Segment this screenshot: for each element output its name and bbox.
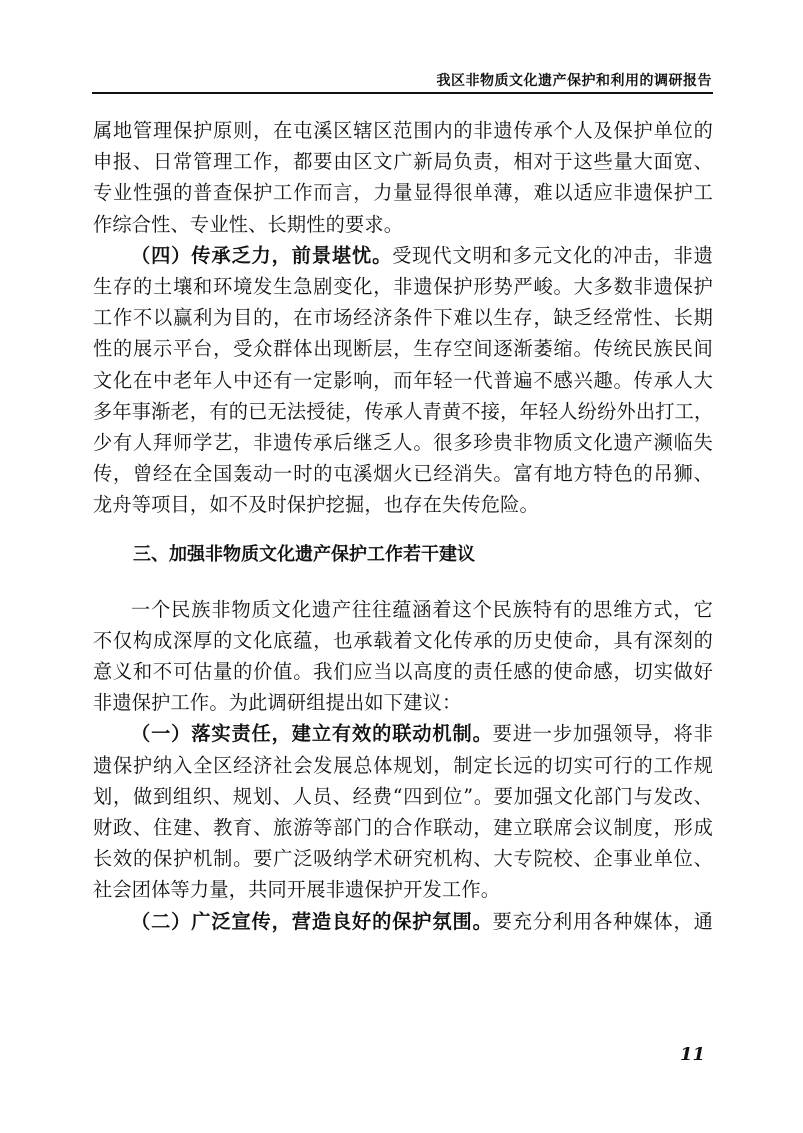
text-line: 遗保护纳入全区经济社会发展总体规划，制定长远的切实可行的工作规 xyxy=(93,750,713,781)
page-number: 11 xyxy=(680,1044,705,1065)
text-line: 申报、日常管理工作，都要由区文广新局负责，相对于这些量大面宽、 xyxy=(93,146,713,177)
text-line: 龙舟等项目，如不及时保护挖掘，也存在失传危险。 xyxy=(93,489,713,520)
text-line: 意义和不可估量的价值。我们应当以高度的责任感的使命感，切实做好 xyxy=(93,656,713,687)
text-line: 生存的土壤和环境发生急剧变化，非遗保护形势严峻。大多数非遗保护 xyxy=(93,271,713,302)
spacer xyxy=(93,571,713,594)
text-line: 社会团体等力量，共同开展非遗保护开发工作。 xyxy=(93,874,713,905)
bold-subheading: （一）落实责任，建立有效的联动机制。 xyxy=(131,722,493,745)
bold-subheading: （四）传承乏力，前景堪忧。 xyxy=(131,244,392,267)
text-line: 一个民族非物质文化遗产往往蕴涵着这个民族特有的思维方式，它 xyxy=(93,594,713,625)
paragraph-lead-line: （一）落实责任，建立有效的联动机制。要进一步加强领导，将非 xyxy=(93,718,713,749)
text-line: 划，做到组织、规划、人员、经费“四到位”。要加强文化部门与发改、 xyxy=(93,781,713,812)
text-line: 长效的保护机制。要广泛吸纳学术研究机构、大专院校、企事业单位、 xyxy=(93,843,713,874)
text-span: 受现代文明和多元文化的冲击，非遗 xyxy=(392,244,713,267)
section-heading: 三、加强非物质文化遗产保护工作若干建议 xyxy=(93,539,713,570)
paragraph-lead-line: （二）广泛宣传，营造良好的保护氛围。要充分利用各种媒体，通 xyxy=(93,906,713,937)
body-text: 属地管理保护原则，在屯溪区辖区范围内的非遗传承个人及保护单位的 申报、日常管理工… xyxy=(93,115,713,937)
header-rule xyxy=(92,92,713,94)
spacer xyxy=(93,520,713,539)
text-span: 要进一步加强领导，将非 xyxy=(493,722,713,745)
text-line: 工作不以赢利为目的，在市场经济条件下难以生存，缺乏经常性、长期 xyxy=(93,302,713,333)
text-line: 作综合性、专业性、长期性的要求。 xyxy=(93,209,713,240)
text-line: 性的展示平台，受众群体出现断层，生存空间逐渐萎缩。传统民族民间 xyxy=(93,333,713,364)
text-line: 专业性强的普查保护工作而言，力量显得很单薄，难以适应非遗保护工 xyxy=(93,177,713,208)
text-line: 非遗保护工作。为此调研组提出如下建议： xyxy=(93,687,713,718)
running-header: 我区非物质文化遗产保护和利用的调研报告 xyxy=(92,70,712,90)
text-line: 不仅构成深厚的文化底蕴，也承载着文化传承的历史使命，具有深刻的 xyxy=(93,625,713,656)
bold-subheading: （二）广泛宣传，营造良好的保护氛围。 xyxy=(131,910,493,933)
paragraph-lead-line: （四）传承乏力，前景堪忧。受现代文明和多元文化的冲击，非遗 xyxy=(93,240,713,271)
text-line: 多年事渐老，有的已无法授徒，传承人青黄不接，年轻人纷纷外出打工， xyxy=(93,396,713,427)
text-line: 传，曾经在全国轰动一时的屯溪烟火已经消失。富有地方特色的吊狮、 xyxy=(93,458,713,489)
text-line: 属地管理保护原则，在屯溪区辖区范围内的非遗传承个人及保护单位的 xyxy=(93,115,713,146)
text-span: 要充分利用各种媒体，通 xyxy=(493,910,713,933)
text-line: 少有人拜师学艺，非遗传承后继乏人。很多珍贵非物质文化遗产濒临失 xyxy=(93,427,713,458)
text-line: 财政、住建、教育、旅游等部门的合作联动，建立联席会议制度，形成 xyxy=(93,812,713,843)
text-line: 文化在中老年人中还有一定影响，而年轻一代普遍不感兴趣。传承人大 xyxy=(93,365,713,396)
